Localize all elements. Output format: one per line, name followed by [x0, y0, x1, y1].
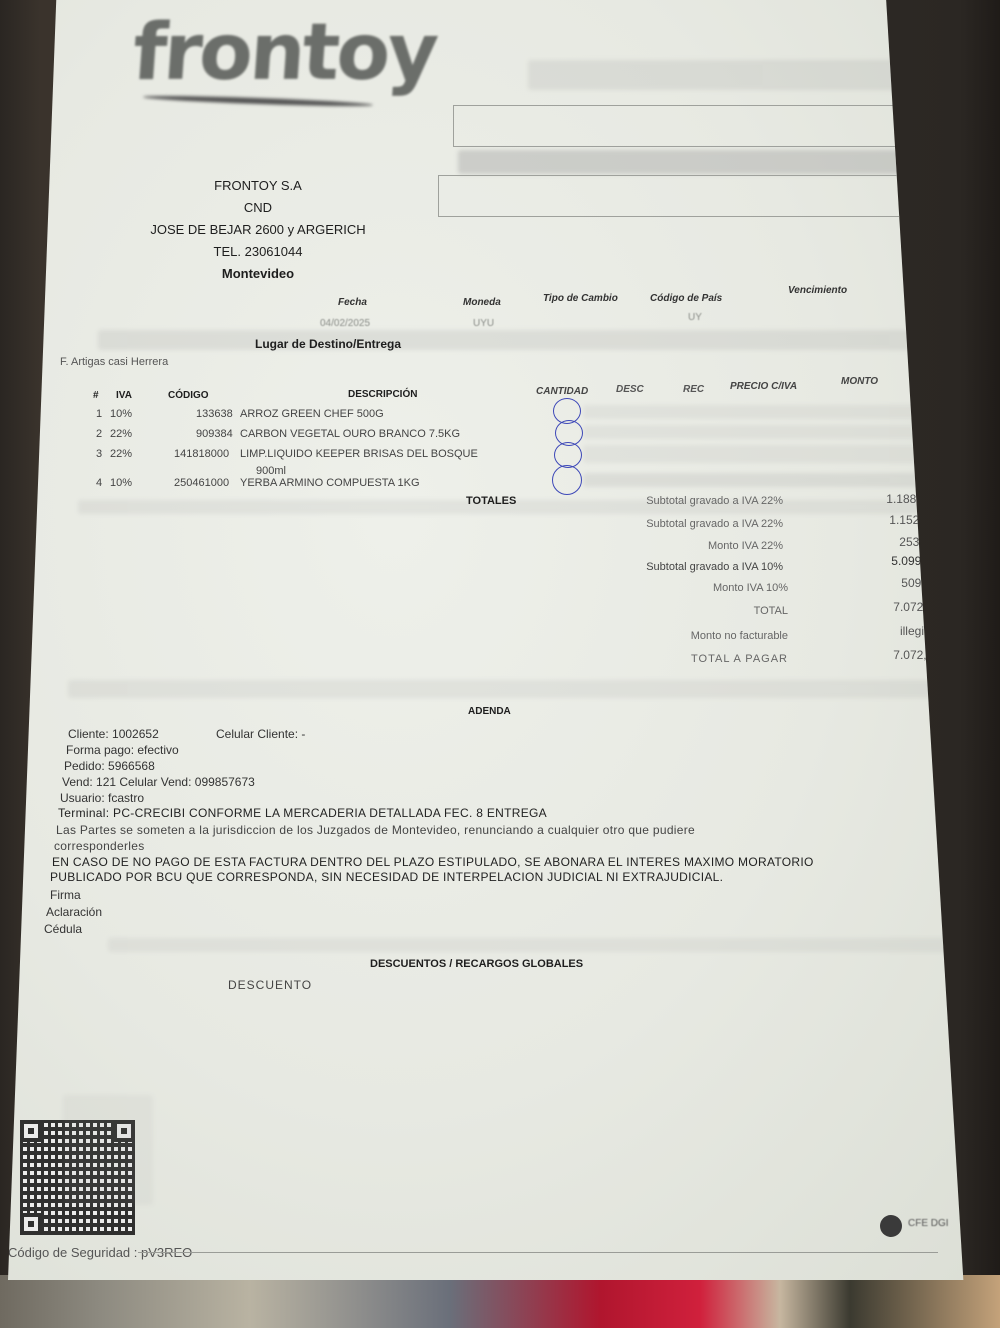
divider	[138, 1252, 938, 1253]
tax-line: CND	[108, 197, 408, 219]
adenda-forma-pago: Forma pago: efectivo	[66, 743, 179, 757]
vencimiento-label: Vencimiento	[788, 285, 847, 296]
cedula-label: Cédula	[44, 922, 82, 936]
row-iva: 22%	[110, 448, 132, 460]
total-line-label: Subtotal gravado a IVA 22%	[563, 495, 783, 507]
total-to-pay-label: TOTAL A PAGAR	[568, 653, 788, 665]
dgi-mark: CFE DGI	[908, 1218, 949, 1229]
col-header-codigo: CÓDIGO	[168, 390, 209, 401]
adenda-terminal: Terminal: PC-CRECIBI CONFORME LA MERCADE…	[58, 806, 547, 820]
adenda-vendedor: Vend: 121 Celular Vend: 099857673	[62, 775, 255, 789]
row-number: 2	[96, 428, 102, 440]
row-number: 4	[96, 477, 102, 489]
invoice-page: frontoy FRONTOY S.A CND JOSE DE BEJAR 26…	[8, 0, 973, 1280]
row-number: 1	[96, 408, 102, 420]
total-line-value: 1.188,33	[843, 492, 933, 506]
background-scene	[0, 1275, 1000, 1328]
col-header-cantidad: CANTIDAD	[536, 386, 588, 397]
moneda-label: Moneda	[463, 297, 501, 308]
legal-jurisdiction: Las Partes se someten a la jurisdiccion …	[56, 823, 695, 837]
row-number: 3	[96, 448, 102, 460]
ink-circle-mark	[552, 465, 582, 495]
row-descripcion: LIMP.LIQUIDO KEEPER BRISAS DEL BOSQUE	[240, 448, 478, 460]
delivery-label: Lugar de Destino/Entrega	[255, 337, 401, 351]
row-codigo: 909384	[196, 428, 233, 440]
doc-type-box	[453, 105, 925, 147]
total-line-label: TOTAL	[568, 605, 788, 617]
total-line-value: 7.072,04	[850, 600, 940, 614]
illegible-numbers	[583, 473, 923, 487]
company-name: FRONTOY S.A	[108, 175, 408, 197]
adenda-pedido: Pedido: 5966568	[64, 759, 155, 773]
codigo-pais-value: UY	[688, 312, 702, 323]
adenda-cliente: Cliente: 1002652	[68, 727, 159, 741]
legal-jurisdiction-cont: corresponderles	[54, 839, 145, 853]
faint-qr-shadow	[63, 1095, 153, 1205]
total-line-value: illegible	[850, 624, 940, 638]
col-header-desc: DESC	[616, 384, 644, 395]
dgi-logo-icon	[880, 1215, 902, 1237]
col-header-monto: MONTO	[841, 376, 878, 387]
row-iva: 10%	[110, 477, 132, 489]
row-descripcion: CARBON VEGETAL OURO BRANCO 7.5KG	[240, 428, 460, 440]
total-line-label: Monto no facturable	[568, 630, 788, 642]
fecha-value: 04/02/2025	[320, 318, 370, 329]
firma-label: Firma	[50, 888, 81, 902]
total-line-label: Monto IVA 22%	[563, 540, 783, 552]
row-codigo: 133638	[196, 408, 233, 420]
total-line-label: Monto IVA 10%	[568, 582, 788, 594]
adenda-celular-cliente: Celular Cliente: -	[216, 727, 305, 741]
col-header-rec: REC	[683, 384, 704, 395]
company-phone: TEL. 23061044	[108, 241, 408, 263]
row-codigo: 250461000	[174, 477, 229, 489]
faint-header-text	[528, 60, 908, 90]
company-logo: frontoy	[130, 8, 439, 98]
discount-item: DESCUENTO	[228, 978, 312, 992]
adenda-usuario: Usuario: fcastro	[60, 791, 144, 805]
total-line-value: 509,99	[848, 576, 938, 590]
total-line-label: Subtotal gravado a IVA 22%	[563, 518, 783, 530]
redacted-band	[98, 330, 918, 350]
row-codigo: 141818000	[174, 448, 229, 460]
legal-late-payment: EN CASO DE NO PAGO DE ESTA FACTURA DENTR…	[52, 855, 814, 869]
illegible-numbers	[583, 425, 923, 439]
doc-number-box	[438, 175, 930, 217]
illegible-numbers	[583, 405, 923, 419]
aclaracion-label: Aclaración	[46, 905, 102, 919]
row-descripcion: YERBA ARMINO COMPUESTA 1KG	[240, 477, 420, 489]
tipo-cambio-label: Tipo de Cambio	[543, 293, 618, 304]
delivery-value: F. Artigas casi Herrera	[60, 356, 168, 368]
col-header-descripcion: DESCRIPCIÓN	[348, 389, 417, 400]
total-line-value: 5.099,90	[848, 554, 938, 568]
codigo-pais-label: Código de País	[650, 293, 722, 304]
col-header-number: #	[93, 390, 99, 401]
redacted-band	[108, 938, 978, 952]
company-address: JOSE DE BEJAR 2600 y ARGERICH	[108, 219, 408, 241]
fecha-label: Fecha	[338, 297, 367, 308]
moneda-value: UYU	[473, 318, 494, 329]
legal-late-payment-cont: PUBLICADO POR BCU QUE CORRESPONDA, SIN N…	[50, 870, 723, 884]
total-to-pay-value: 7.072,00	[850, 648, 940, 662]
issuer-block: FRONTOY S.A CND JOSE DE BEJAR 2600 y ARG…	[108, 175, 408, 285]
row-iva: 22%	[110, 428, 132, 440]
redacted-band	[458, 150, 928, 174]
row-descripcion-cont: 900ml	[256, 465, 286, 477]
col-header-iva: IVA	[116, 390, 132, 401]
global-discounts-heading: DESCUENTOS / RECARGOS GLOBALES	[370, 958, 583, 970]
total-line-value: 1.152,63	[846, 513, 936, 527]
col-header-precio: PRECIO C/IVA	[730, 381, 797, 392]
redacted-band	[68, 680, 948, 698]
totals-heading: TOTALES	[466, 495, 516, 507]
company-city: Montevideo	[108, 263, 408, 285]
row-descripcion: ARROZ GREEN CHEF 500G	[240, 408, 384, 420]
total-line-value: 253,58	[846, 535, 936, 549]
adenda-heading: ADENDA	[468, 706, 511, 717]
total-line-label: Subtotal gravado a IVA 10%	[563, 561, 783, 573]
row-iva: 10%	[110, 408, 132, 420]
illegible-numbers	[583, 445, 923, 463]
